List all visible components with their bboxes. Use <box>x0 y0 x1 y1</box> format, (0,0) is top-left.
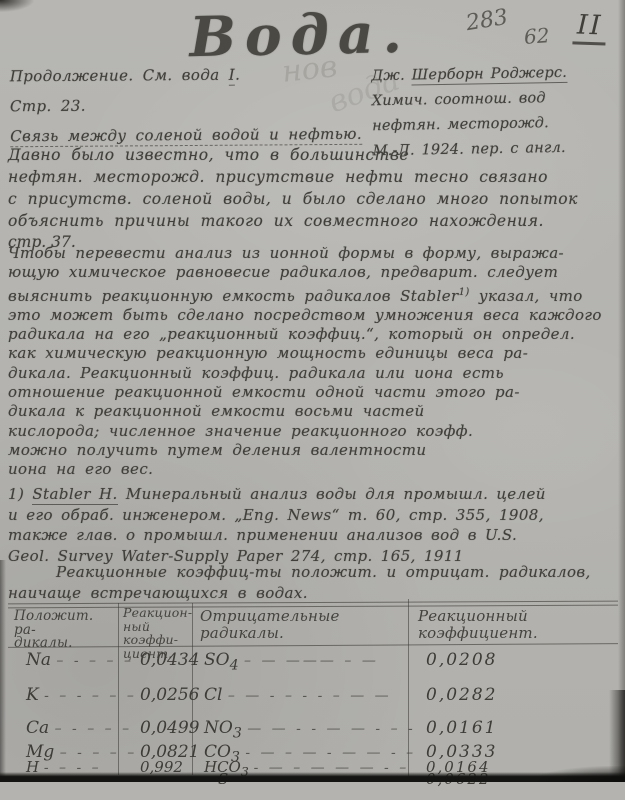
dash-leader: — — - - — — - – - <box>247 721 416 737</box>
paragraph-line: иона на его вес. <box>8 460 625 479</box>
scan-edge-shadow <box>618 0 625 782</box>
dash-leader: – - – – – <box>55 721 133 737</box>
positive-radical: Na <box>26 650 51 670</box>
negative-radical: Cl <box>204 685 222 705</box>
dash-leader: – - – – – <box>56 653 134 669</box>
positive-radical: K <box>26 685 39 705</box>
positive-radical: Ca <box>26 718 49 738</box>
corner-number-62: 62 <box>523 23 550 49</box>
positive-coefficient: 0,0256 <box>140 685 199 705</box>
table-row: K - – - – – – 0,0256 Cl – — - – - - – — … <box>8 685 620 715</box>
negative-radical: NO <box>204 718 233 738</box>
paragraph-line: объяснить причины такого их совместного … <box>8 210 622 232</box>
footnote-author: Stabler H. <box>32 485 117 505</box>
negative-coefficient: 0,0208 <box>426 650 497 670</box>
paragraph-line: кислорода; численное значение реакционно… <box>8 422 625 441</box>
paragraph-line: Чтобы перевести анализ из ионной формы в… <box>8 244 625 263</box>
paragraph-line: нефтян. месторожд. присутствие нефти тес… <box>8 166 622 188</box>
footnote-block: 1) Stabler H. Минеральный анализ воды дл… <box>8 484 625 566</box>
footnote-line: 1) Stabler H. Минеральный анализ воды дл… <box>8 484 625 505</box>
paragraph-2: Чтобы перевести анализ из ионной формы в… <box>8 244 625 480</box>
table-header-negative-radicals: Отрицательные радикалы. <box>200 608 405 642</box>
paragraph-line: дикала к реакционной емкости восьми част… <box>8 402 625 421</box>
dash-leader: – — - – - - – — — <box>228 688 392 704</box>
dash-leader: - – - – – – <box>44 688 137 704</box>
paragraph-line: дикала. Реакционный коэффиц. радикала ил… <box>8 364 625 383</box>
radical-subscript: 3 <box>233 725 242 741</box>
paragraph-line: это может быть сделано посредством умнож… <box>8 306 625 325</box>
paragraph-line: с присутств. соленой воды, и было сделан… <box>8 188 622 210</box>
author-name: Шерборн Роджерс. <box>412 65 568 86</box>
footnote-line: также глав. о промышл. применении анализ… <box>8 525 625 546</box>
scan-corner-shadow <box>0 0 34 12</box>
negative-coefficient: 0,0161 <box>426 718 497 738</box>
header-left-block: Продолжение. См. вода I. Стр. 23. Связь … <box>10 59 371 152</box>
scan-bottom-edge <box>0 772 625 782</box>
table-caption-line: Реакционные коэффиц-ты положит. и отрица… <box>8 562 625 583</box>
paragraph-line: Давно было известно, что в большинстве <box>8 144 622 166</box>
positive-coefficient: 0,0434 <box>140 650 199 670</box>
scan-edge-shadow <box>0 560 6 782</box>
paragraph-line: как химическую реакционную мощность един… <box>8 344 625 363</box>
scan-bottom-corner <box>535 766 625 782</box>
continuation-line: Продолжение. См. вода I. <box>10 59 370 92</box>
paragraph-line: можно получить путем деления валентности <box>8 441 625 460</box>
table-header-positive-radicals: Положит. ра- дикалы. <box>14 610 116 651</box>
paragraph-line: радикала на его „реакционный коэффиц.“, … <box>8 325 625 344</box>
paragraph-1: Давно было известно, что в большинстве н… <box>8 144 622 232</box>
paragraph-line: ющую химическое равновесие радикалов, пр… <box>8 263 625 282</box>
radical-subscript: 4 <box>230 657 239 673</box>
table-row: Na – - – – – 0,0434 SO4 – — ——— – — 0,02… <box>8 650 620 680</box>
footnote-line: и его обраб. инженером. „Eng. News“ т. 6… <box>8 505 625 526</box>
footnote-marker: 1) <box>459 287 470 298</box>
scanned-manuscript-page: Вода. 283 62 II нов вода Продолжение. См… <box>0 0 625 782</box>
cited-author: Stabler <box>400 287 459 305</box>
table-caption-line: наичаще встречающихся в водах. <box>8 583 625 604</box>
dash-leader: – — ——— – — <box>244 653 379 669</box>
negative-radical: SO <box>204 650 230 670</box>
negative-coefficient: 0,0282 <box>426 685 497 705</box>
corner-number-roman: II <box>572 9 607 45</box>
positive-coefficient: 0,0499 <box>140 718 199 738</box>
corner-number-283: 283 <box>464 5 509 36</box>
table-header-reaction-coefficient-2: Реакционный коэффициент. <box>418 608 613 642</box>
table-caption: Реакционные коэффиц-ты положит. и отрица… <box>8 562 625 603</box>
paragraph-line: отношение реакционной емкости одной част… <box>8 383 625 402</box>
paragraph-line: выяснить реакционную емкость радикалов S… <box>8 283 625 306</box>
page-reference: Стр. 23. <box>10 89 370 122</box>
